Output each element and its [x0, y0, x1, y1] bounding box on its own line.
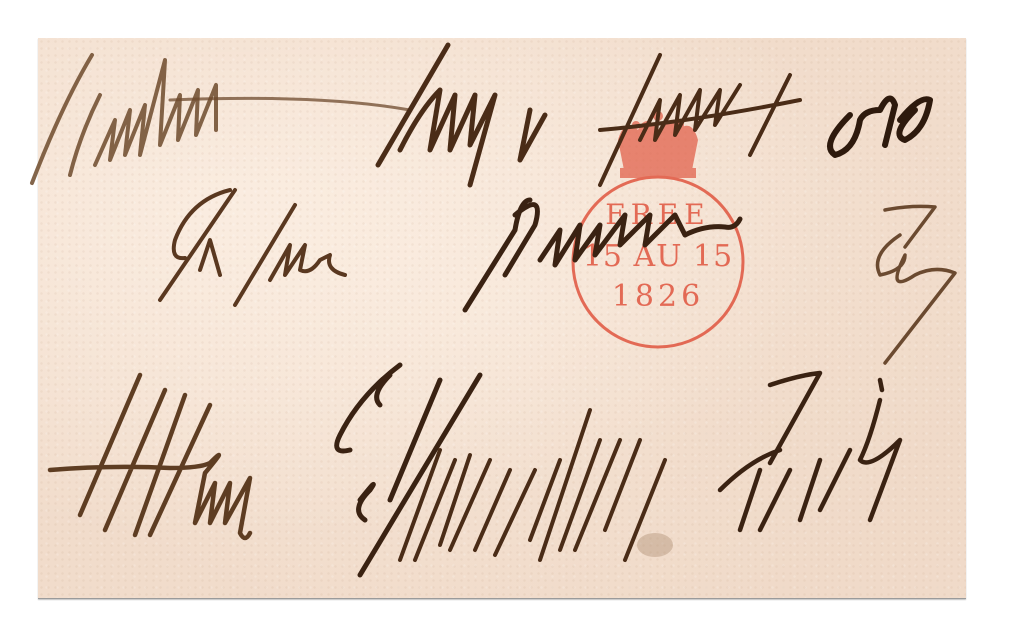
postmark-year: 1826 [612, 279, 704, 314]
handwriting-line-2 [160, 190, 955, 363]
handwriting-line-3 [50, 365, 900, 575]
envelope-markings: FREE 15 AU 15 1826 [0, 0, 1016, 641]
ink-stain [637, 533, 673, 557]
handwriting-line-1 [32, 45, 930, 185]
